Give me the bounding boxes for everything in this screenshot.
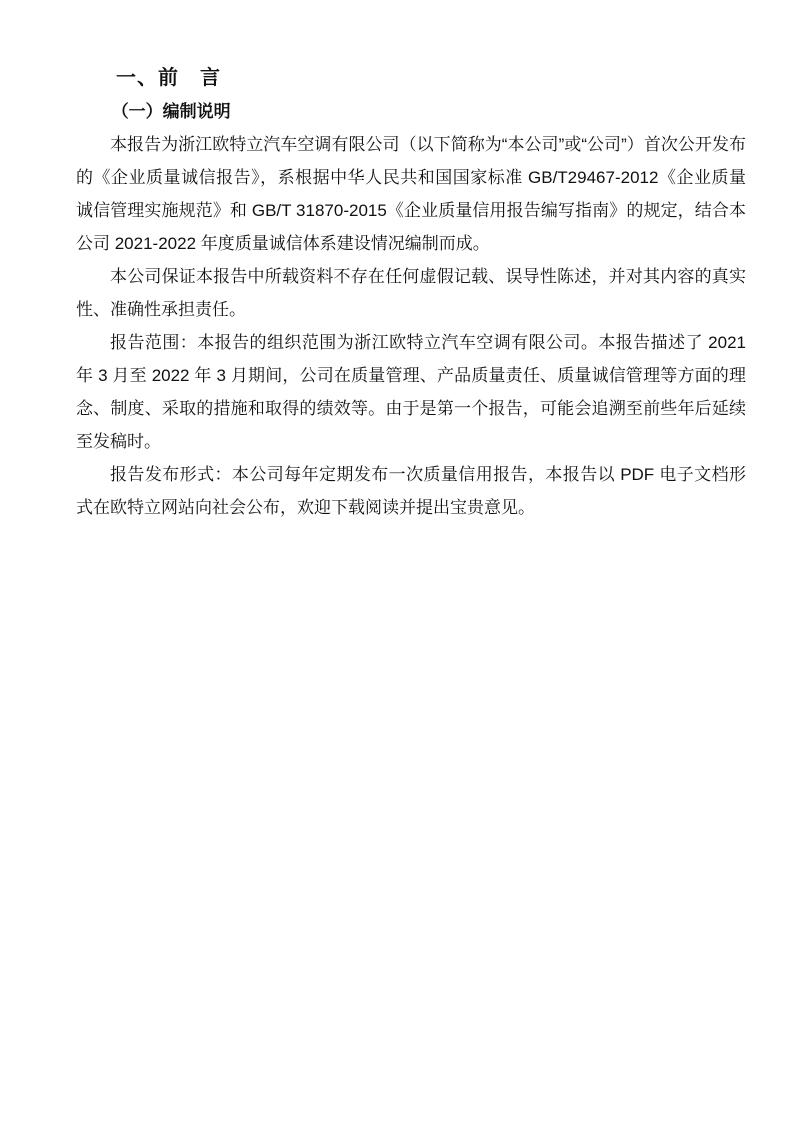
paragraph-compilation-note: 本报告为浙江欧特立汽车空调有限公司（以下简称为“本公司”或“公司”）首次公开发布… [76,128,746,260]
subsection-heading: （一）编制说明 [76,95,746,128]
document-page: 一、前 言 （一）编制说明 本报告为浙江欧特立汽车空调有限公司（以下简称为“本公… [0,0,800,1131]
paragraph-guarantee: 本公司保证本报告中所载资料不存在任何虚假记载、误导性陈述，并对其内容的真实性、准… [76,260,746,326]
paragraph-release-form: 报告发布形式：本公司每年定期发布一次质量信用报告，本报告以 PDF 电子文档形式… [76,458,746,524]
section-heading: 一、前 言 [76,61,746,95]
paragraph-report-scope: 报告范围：本报告的组织范围为浙江欧特立汽车空调有限公司。本报告描述了 2021 … [76,326,746,458]
